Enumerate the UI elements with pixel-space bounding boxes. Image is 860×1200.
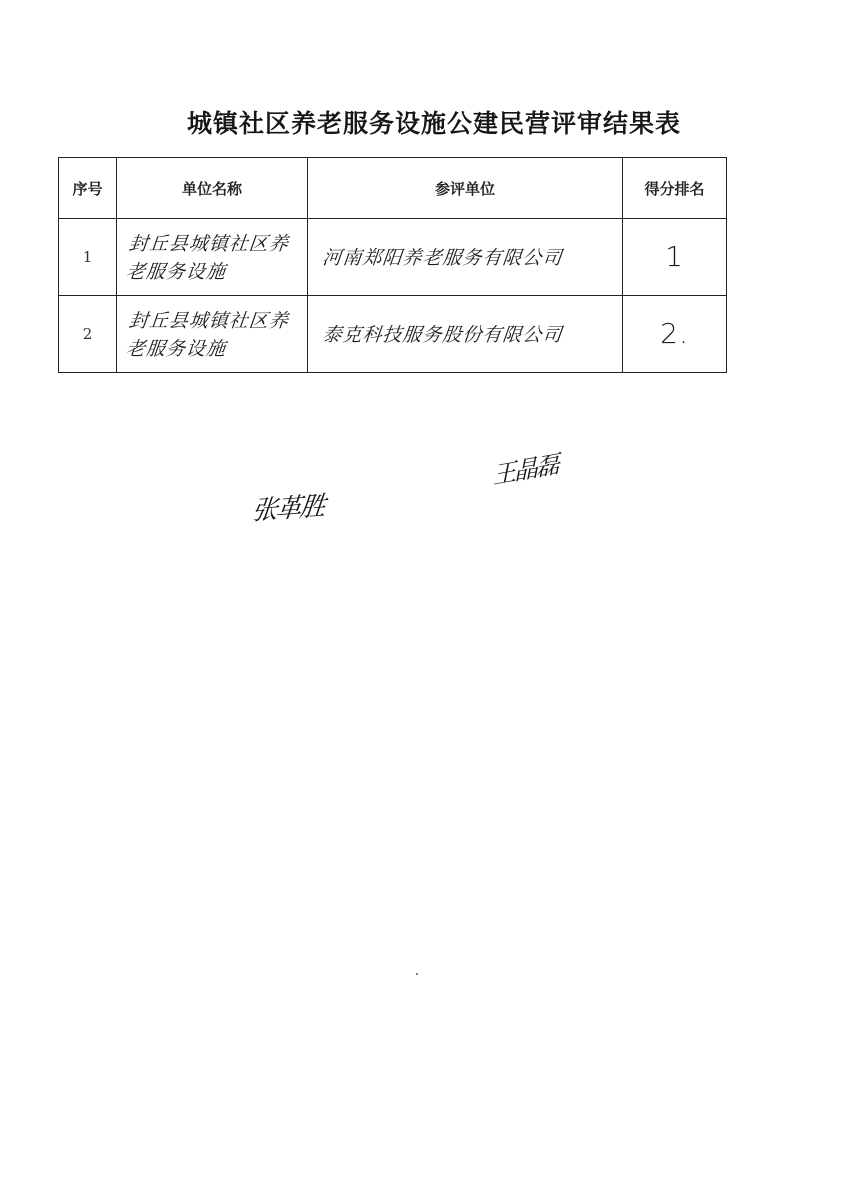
cell-participant: 河南郑阳养老服务有限公司: [303, 219, 626, 296]
cell-rank: 1: [623, 219, 727, 296]
table-row: 2 封丘县城镇社区养老服务设施 泰克科技服务股份有限公司 2.: [59, 296, 727, 373]
cell-unit-name: 封丘县城镇社区养老服务设施: [112, 296, 311, 373]
header-rank: 得分排名: [623, 158, 727, 219]
cell-participant: 泰克科技服务股份有限公司: [303, 296, 626, 373]
document-title: 城镇社区养老服务设施公建民营评审结果表: [0, 104, 860, 140]
cell-seq: 2: [59, 296, 117, 373]
evaluation-result-table: 序号 单位名称 参评单位 得分排名 1 封丘县城镇社区养老服务设施 河南郑阳养老…: [58, 157, 727, 373]
scan-speck: [416, 973, 418, 975]
signature-2: 王晶磊: [492, 444, 558, 491]
cell-unit-name: 封丘县城镇社区养老服务设施: [112, 219, 311, 296]
cell-seq: 1: [59, 219, 117, 296]
header-unit-name: 单位名称: [117, 158, 308, 219]
table-header-row: 序号 单位名称 参评单位 得分排名: [59, 158, 727, 219]
table-row: 1 封丘县城镇社区养老服务设施 河南郑阳养老服务有限公司 1: [59, 219, 727, 296]
header-participant: 参评单位: [308, 158, 623, 219]
header-seq: 序号: [59, 158, 117, 219]
signature-1: 张革胜: [250, 485, 326, 527]
cell-rank: 2.: [623, 296, 727, 373]
